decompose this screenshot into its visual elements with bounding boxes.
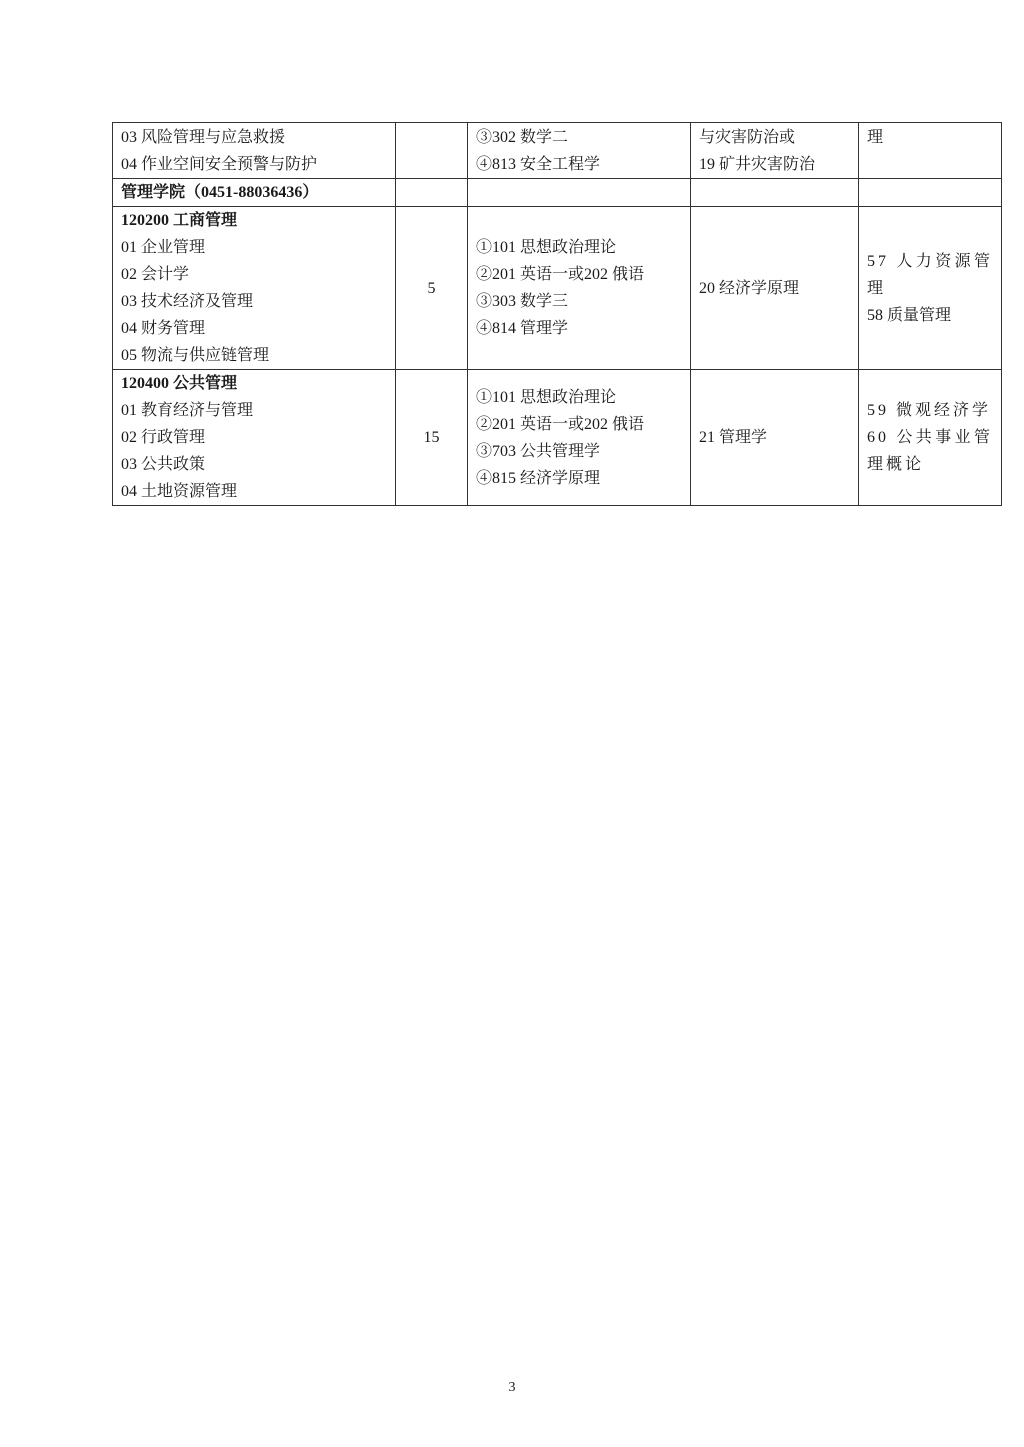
exam-subject: ③302 数学二 xyxy=(476,124,682,151)
program-title: 120200 工商管理 xyxy=(121,207,387,234)
direction-line: 01 企业管理 xyxy=(121,234,387,261)
retest-cell: 21 管理学 xyxy=(691,370,859,506)
program-title: 120400 公共管理 xyxy=(121,370,387,397)
quota-cell xyxy=(396,123,468,179)
direction-line: 03 风险管理与应急救援 xyxy=(121,124,387,151)
quota-cell: 5 xyxy=(396,207,468,370)
table-row-program: 120400 公共管理 01 教育经济与管理 02 行政管理 03 公共政策 0… xyxy=(113,370,1002,506)
retest-cell: 与灾害防治或 19 矿井灾害防治 xyxy=(691,123,859,179)
exam-subject: ④813 安全工程学 xyxy=(476,151,682,178)
exam-subject: ④814 管理学 xyxy=(476,315,682,342)
equivalent-subject: 理 xyxy=(867,124,993,151)
exam-subject: ③303 数学三 xyxy=(476,288,682,315)
equivalent-subject: 57 人力资源管理 xyxy=(867,248,993,302)
empty-cell xyxy=(691,179,859,207)
retest-subject: 与灾害防治或 xyxy=(699,124,850,151)
admissions-table: 03 风险管理与应急救援 04 作业空间安全预警与防护 ③302 数学二 ④81… xyxy=(112,122,1002,506)
equivalent-cell: 59 微观经济学 60 公共事业管理概论 xyxy=(859,370,1002,506)
retest-subject: 19 矿井灾害防治 xyxy=(699,151,850,178)
equivalent-cell: 理 xyxy=(859,123,1002,179)
direction-line: 03 公共政策 xyxy=(121,451,387,478)
retest-subject: 20 经济学原理 xyxy=(699,275,850,302)
direction-line: 03 技术经济及管理 xyxy=(121,288,387,315)
direction-line: 04 土地资源管理 xyxy=(121,478,387,505)
exam-subject: ③703 公共管理学 xyxy=(476,438,682,465)
table-row-continuation: 03 风险管理与应急救援 04 作业空间安全预警与防护 ③302 数学二 ④81… xyxy=(113,123,1002,179)
empty-cell xyxy=(468,179,691,207)
empty-cell xyxy=(859,179,1002,207)
direction-line: 05 物流与供应链管理 xyxy=(121,342,387,369)
direction-line: 01 教育经济与管理 xyxy=(121,397,387,424)
equivalent-subject: 58 质量管理 xyxy=(867,302,993,329)
equivalent-cell: 57 人力资源管理 58 质量管理 xyxy=(859,207,1002,370)
empty-cell xyxy=(396,179,468,207)
exam-subjects-cell: ①101 思想政治理论 ②201 英语一或202 俄语 ③303 数学三 ④81… xyxy=(468,207,691,370)
direction-line: 02 会计学 xyxy=(121,261,387,288)
retest-subject: 21 管理学 xyxy=(699,424,850,451)
direction-line: 04 作业空间安全预警与防护 xyxy=(121,151,387,178)
retest-cell: 20 经济学原理 xyxy=(691,207,859,370)
equivalent-subject: 60 公共事业管理概论 xyxy=(867,424,993,478)
quota-cell: 15 xyxy=(396,370,468,506)
exam-subjects-cell: ③302 数学二 ④813 安全工程学 xyxy=(468,123,691,179)
major-cell: 03 风险管理与应急救援 04 作业空间安全预警与防护 xyxy=(113,123,396,179)
direction-line: 04 财务管理 xyxy=(121,315,387,342)
table-row-program: 120200 工商管理 01 企业管理 02 会计学 03 技术经济及管理 04… xyxy=(113,207,1002,370)
exam-subject: ②201 英语一或202 俄语 xyxy=(476,261,682,288)
exam-subjects-cell: ①101 思想政治理论 ②201 英语一或202 俄语 ③703 公共管理学 ④… xyxy=(468,370,691,506)
major-cell: 120400 公共管理 01 教育经济与管理 02 行政管理 03 公共政策 0… xyxy=(113,370,396,506)
exam-subject: ②201 英语一或202 俄语 xyxy=(476,411,682,438)
table-row-school-header: 管理学院（0451-88036436） xyxy=(113,179,1002,207)
page-number: 3 xyxy=(0,1380,1024,1396)
school-name: 管理学院（0451-88036436） xyxy=(113,179,396,207)
exam-subject: ①101 思想政治理论 xyxy=(476,234,682,261)
exam-subject: ④815 经济学原理 xyxy=(476,465,682,492)
major-cell: 120200 工商管理 01 企业管理 02 会计学 03 技术经济及管理 04… xyxy=(113,207,396,370)
equivalent-subject: 59 微观经济学 xyxy=(867,397,993,424)
direction-line: 02 行政管理 xyxy=(121,424,387,451)
exam-subject: ①101 思想政治理论 xyxy=(476,384,682,411)
